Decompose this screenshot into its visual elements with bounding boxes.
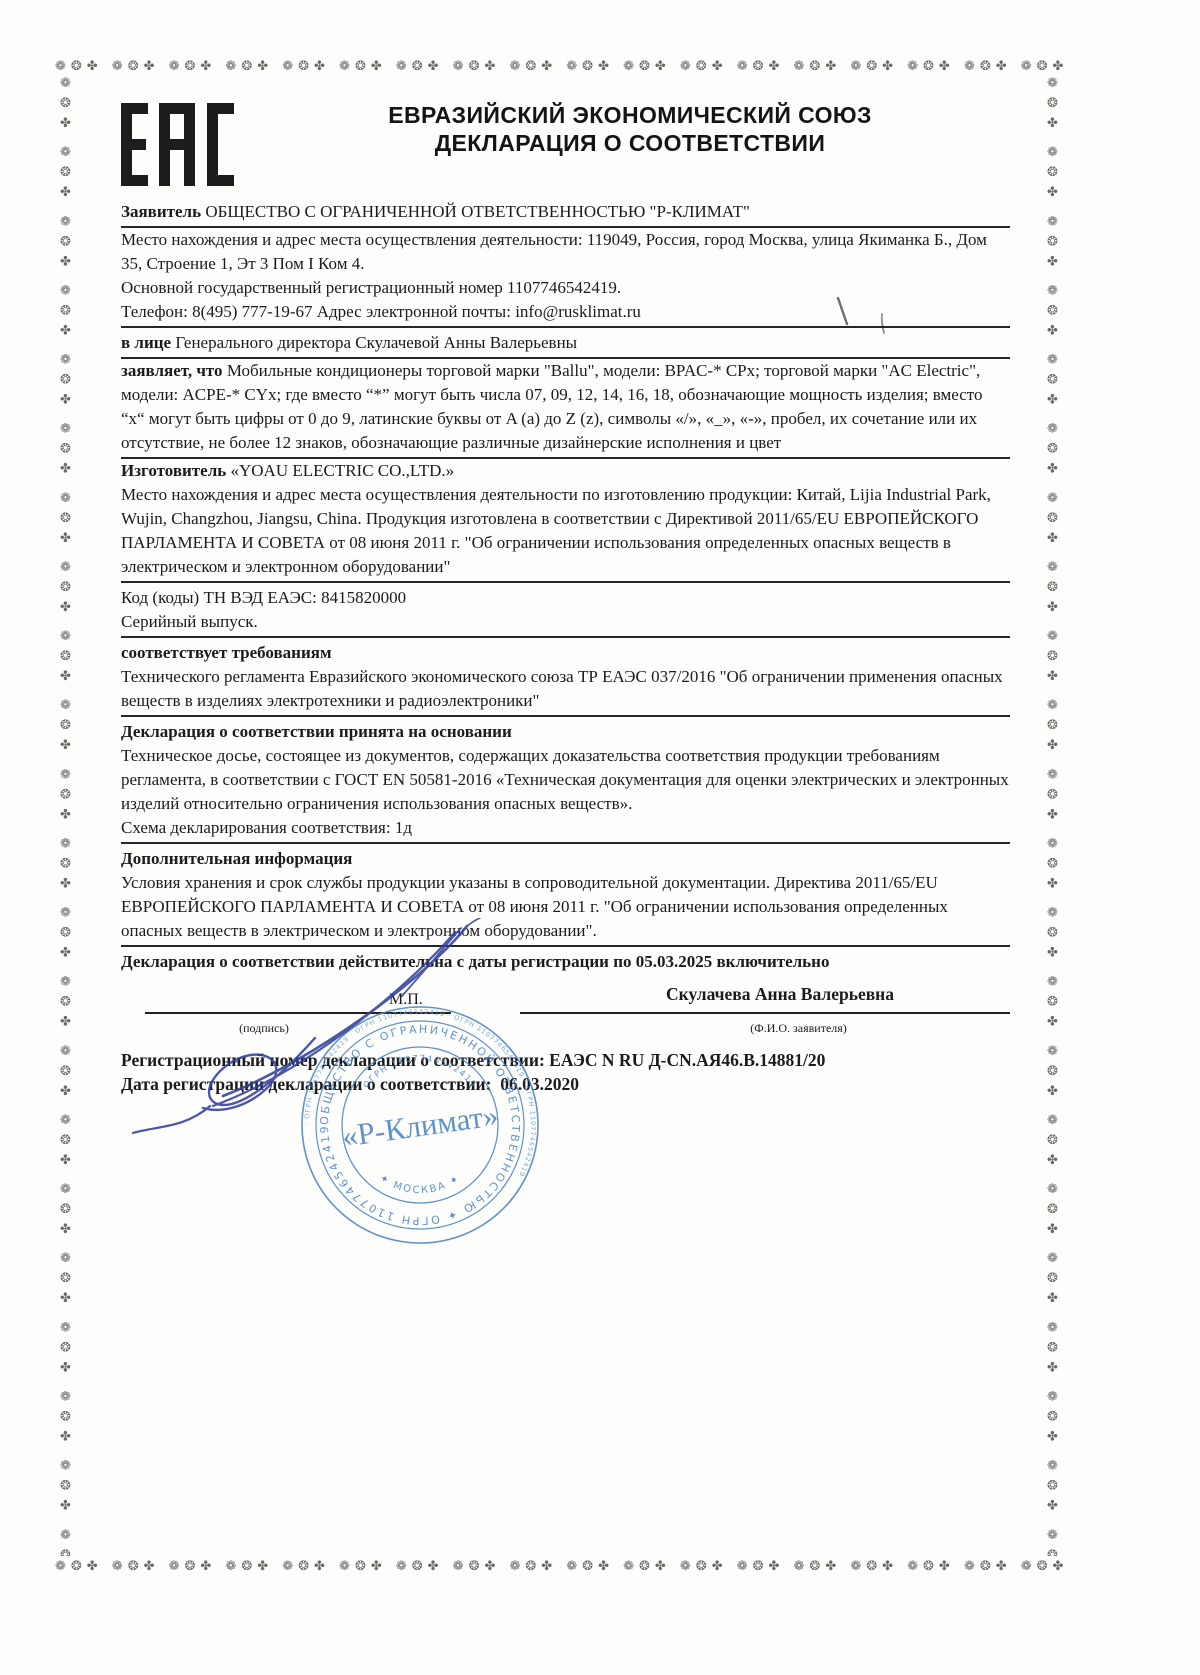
applicant-address: Место нахождения и адрес места осуществл… xyxy=(121,228,1010,276)
svg-text:✦ МОСКВА ✦: ✦ МОСКВА ✦ xyxy=(377,1173,462,1196)
serial-production-line: Серийный выпуск. xyxy=(121,610,1010,634)
manufacturer-line: Изготовитель «YOAU ELECTRIC CO.,LTD.» xyxy=(121,459,1010,483)
tnved-code-line: Код (коды) ТН ВЭД ЕАЭС: 8415820000 xyxy=(121,586,1010,610)
declares-value: Мобильные кондиционеры торговой марки "B… xyxy=(121,361,982,452)
document-title: ЕВРАЗИЙСКИЙ ЭКОНОМИЧЕСКИЙ СОЮЗ ДЕКЛАРАЦИ… xyxy=(280,101,980,157)
ornamental-border-top: ❁❂✤ ❁❂✤ ❁❂✤ ❁❂✤ ❁❂✤ ❁❂✤ ❁❂✤ ❁❂✤ ❁❂✤ ❁❂✤ … xyxy=(55,56,1063,77)
name-caption: (Ф.И.О. заявителя) xyxy=(711,1016,886,1040)
ornamental-border-bottom: ❁❂✤ ❁❂✤ ❁❂✤ ❁❂✤ ❁❂✤ ❁❂✤ ❁❂✤ ❁❂✤ ❁❂✤ ❁❂✤ … xyxy=(55,1556,1063,1577)
applicant-contacts: Телефон: 8(495) 777-19-67 Адрес электрон… xyxy=(121,300,1010,324)
manufacturer-details: Место нахождения и адрес места осуществл… xyxy=(121,483,1010,579)
ornamental-border-left: ❁❂✤ ❁❂✤ ❁❂✤ ❁❂✤ ❁❂✤ ❁❂✤ ❁❂✤ ❁❂✤ ❁❂✤ ❁❂✤ … xyxy=(55,76,76,1556)
basis-section: Декларация о соответствии принята на осн… xyxy=(121,720,1010,844)
person-label: в лице xyxy=(121,333,171,352)
person-value: Генерального директора Скулачевой Анны В… xyxy=(171,333,577,352)
name-line xyxy=(520,1012,1010,1014)
conformity-section: соответствует требованиям Технического р… xyxy=(121,641,1010,717)
title-line-declaration: ДЕКЛАРАЦИЯ О СООТВЕТСТВИИ xyxy=(280,129,980,157)
ornamental-border-right: ❁❂✤ ❁❂✤ ❁❂✤ ❁❂✤ ❁❂✤ ❁❂✤ ❁❂✤ ❁❂✤ ❁❂✤ ❁❂✤ … xyxy=(1042,76,1063,1556)
manufacturer-value: «YOAU ELECTRIC CO.,LTD.» xyxy=(226,461,454,480)
declares-label: заявляет, что xyxy=(121,361,223,380)
basis-value: Техническое досье, состоящее из документ… xyxy=(121,744,1010,816)
conformity-label: соответствует требованиям xyxy=(121,641,1010,665)
declares-paragraph: заявляет, что Мобильные кондиционеры тор… xyxy=(121,359,1010,459)
signer-name: Скулачева Анна Валерьевна xyxy=(666,982,894,1006)
person-line: в лице Генерального директора Скулачевой… xyxy=(121,331,1010,359)
applicant-details: Место нахождения и адрес места осуществл… xyxy=(121,228,1010,328)
title-line-union: ЕВРАЗИЙСКИЙ ЭКОНОМИЧЕСКИЙ СОЮЗ xyxy=(280,101,980,129)
customs-code-section: Код (коды) ТН ВЭД ЕАЭС: 8415820000 Серий… xyxy=(121,586,1010,638)
basis-label: Декларация о соответствии принята на осн… xyxy=(121,720,1010,744)
applicant-line: Заявитель ОБЩЕСТВО С ОГРАНИЧЕННОЙ ОТВЕТС… xyxy=(121,200,1010,228)
conformity-value: Технического регламента Евразийского эко… xyxy=(121,665,1010,713)
eac-logo-icon xyxy=(113,97,237,193)
applicant-value: ОБЩЕСТВО С ОГРАНИЧЕННОЙ ОТВЕТСТВЕННОСТЬЮ… xyxy=(201,202,750,221)
handwritten-signature xyxy=(115,918,495,1168)
stamp-city-text: ✦ МОСКВА ✦ xyxy=(377,1173,462,1196)
manufacturer-label: Изготовитель xyxy=(121,461,226,480)
manufacturer-section: Изготовитель «YOAU ELECTRIC CO.,LTD.» Ме… xyxy=(121,459,1010,583)
additional-info-label: Дополнительная информация xyxy=(121,847,1010,871)
applicant-label: Заявитель xyxy=(121,202,201,221)
scheme-line: Схема декларирования соответствия: 1д xyxy=(121,816,1010,840)
applicant-ogrn: Основной государственный регистрационный… xyxy=(121,276,1010,300)
